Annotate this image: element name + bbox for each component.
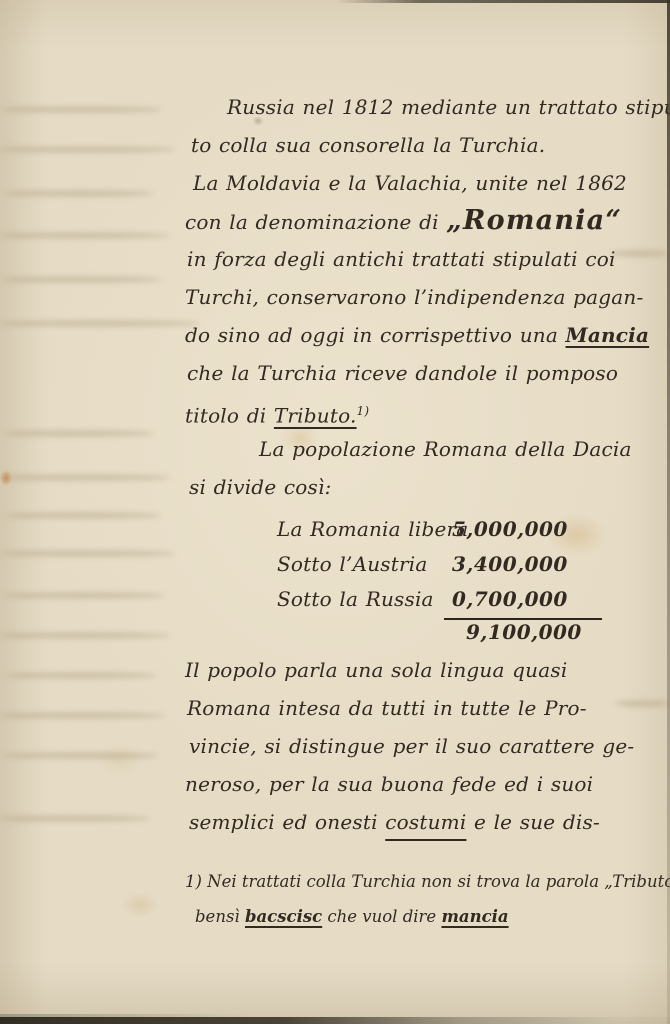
text-segment: La popolazione Romana della Dacia [259,437,632,461]
manuscript-line: si divide così: [185,468,653,506]
manuscript-line: Turchi, conservarono l’indipendenza paga… [185,278,653,316]
bleed-through-mark [0,550,175,557]
population-figure-row: La Romania libera5,000,000 [185,512,653,547]
text-segment: Mancia [566,323,650,347]
bleed-through-mark [4,752,159,759]
manuscript-line: semplici ed onesti costumi e le sue dis- [185,803,653,841]
text-segment: che vuol dire [322,907,441,926]
figure-label: Sotto l’Austria [277,547,452,582]
text-segment: semplici ed onesti [189,810,385,834]
figure-value: 9,100,000 [466,617,582,647]
bleed-through-mark [4,430,154,437]
text-segment: vincie, si distingue per il suo caratter… [189,734,634,758]
manuscript-line: Il popolo parla una sola lingua quasi [185,651,653,689]
text-segment: neroso, per la sua buona fede ed i suoi [185,772,593,796]
text-segment: Russia nel 1812 mediante un trattato sti… [227,95,670,119]
text-segment: bensì [195,907,245,926]
figure-value: 3,400,000 [452,547,568,582]
text-segment: 1) Nei trattati colla Turchia non si tro… [185,872,670,891]
text-segment: bacscisc [245,907,322,926]
scan-edge-top [335,0,670,3]
text-segment: si divide così: [189,475,332,499]
text-segment: Turchi, conservarono l’indipendenza paga… [185,285,643,309]
text-segment: costumi [385,810,466,834]
figure-label: La Romania libera [277,512,452,547]
population-total-row: 9,100,000 [185,617,653,647]
text-segment: Il popolo parla una sola lingua quasi [185,658,567,682]
bleed-through-mark [2,106,162,113]
footnote-line: 1) Nei trattati colla Turchia non si tro… [185,864,655,899]
text-segment: Romana intesa da tutti in tutte le Pro- [187,696,587,720]
manuscript-line: Romana intesa da tutti in tutte le Pro- [185,689,653,727]
text-block: Russia nel 1812 mediante un trattato sti… [185,88,653,841]
manuscript-line: Russia nel 1812 mediante un trattato sti… [185,88,653,126]
text-segment: La Moldavia e la Valachia, unite nel 186… [193,171,627,195]
manuscript-line: titolo di Tributo.1) [185,392,653,430]
manuscript-line: do sino ad oggi in corrispettivo una Man… [185,316,653,354]
text-segment: con la denominazione di [185,210,446,234]
footnote-marker: 1) [357,404,370,418]
bleed-through-mark [6,512,161,519]
text-segment: titolo di [185,404,274,428]
bleed-through-mark [0,146,175,153]
text-segment: do sino ad oggi in corrispettivo una [185,323,566,347]
manuscript-page: Russia nel 1812 mediante un trattato sti… [0,0,670,1024]
bleed-through-mark [0,232,170,239]
bleed-through-mark [0,474,170,481]
manuscript-line: con la denominazione di „Romania“ [185,202,653,240]
manuscript-line: neroso, per la sua buona fede ed i suoi [185,765,653,803]
footnote-line: bensì bacscisc che vuol dire mancia [185,899,655,934]
bleed-through-mark [6,672,156,679]
bleed-through-mark [0,712,165,719]
figure-value: 5,000,000 [452,512,568,547]
figure-value: 0,700,000 [444,582,602,620]
manuscript-line: in forza degli antichi trattati stipulat… [185,240,653,278]
bleed-through-mark [0,632,170,639]
scan-edge-bottom [0,1017,670,1024]
manuscript-line: La Moldavia e la Valachia, unite nel 186… [185,164,653,202]
text-segment: in forza degli antichi trattati stipulat… [187,247,616,271]
bleed-through-mark [2,276,162,283]
manuscript-line: La popolazione Romana della Dacia [185,430,653,468]
population-figure-row: Sotto l’Austria3,400,000 [185,547,653,582]
bleed-through-mark [0,815,150,822]
bleed-through-mark [4,190,154,197]
population-figure-row: Sotto la Russia0,700,000 [185,582,653,617]
text-segment: e le sue dis- [466,810,600,834]
bleed-through-mark [4,592,164,599]
text-segment: to colla sua consorella la Turchia. [191,133,545,157]
manuscript-line: vincie, si distingue per il suo caratter… [185,727,653,765]
bleed-through-mark [0,320,200,327]
figure-label: Sotto la Russia [277,582,452,617]
text-segment: „Romania“ [446,205,622,236]
manuscript-line: che la Turchia riceve dandole il pomposo [185,354,653,392]
text-segment: Tributo. [274,404,357,428]
footnote-block: 1) Nei trattati colla Turchia non si tro… [185,864,655,934]
manuscript-line: to colla sua consorella la Turchia. [185,126,653,164]
text-segment: che la Turchia riceve dandole il pomposo [187,361,618,385]
text-segment: mancia [441,907,508,926]
